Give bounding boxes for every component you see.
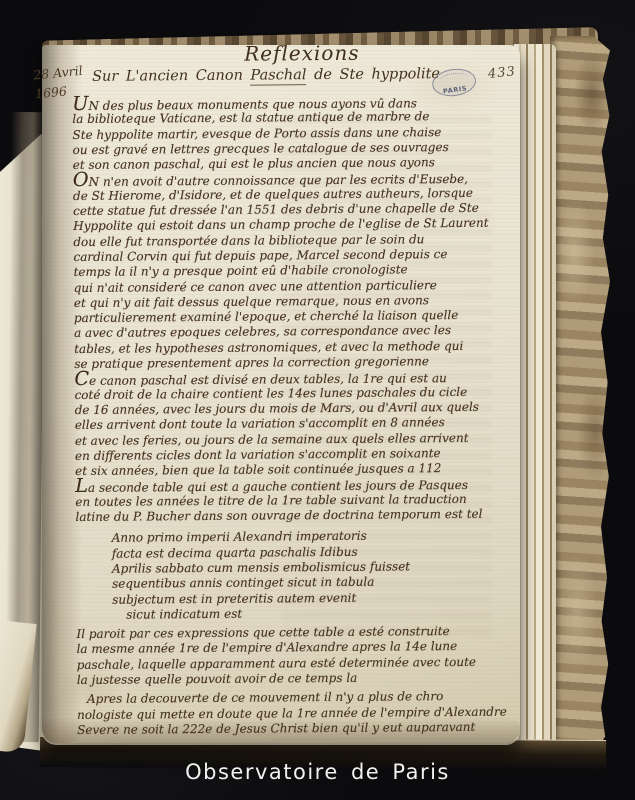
photo-caption: Observatoire de Paris (0, 760, 635, 784)
manuscript-line: latine du P. Bucher dans son ouvrage de … (75, 507, 515, 526)
manuscript-line: Severe ne soit la 222e de Jesus Christ b… (77, 719, 517, 738)
subtitle-pre: Sur L'ancien Canon (92, 68, 251, 85)
subtitle-post: de Ste hyppolite (306, 66, 440, 83)
page-title: Reflexions (40, 40, 518, 68)
page-content: Reflexions Sur L'ancien Canon Paschal de… (40, 44, 523, 746)
manuscript-line: sicut indicatum est (76, 604, 516, 623)
digitized-manuscript-photo: Reflexions Sur L'ancien Canon Paschal de… (0, 0, 635, 800)
page-subtitle: Sur L'ancien Canon Paschal de Ste hyppol… (92, 66, 440, 85)
book-cover-edge (550, 36, 610, 758)
manuscript-line: la justesse quelle pouvoit avoir de ce t… (77, 670, 517, 689)
folio-number: 433 (487, 64, 516, 82)
manuscript-page: Reflexions Sur L'ancien Canon Paschal de… (42, 45, 520, 743)
manuscript-text: UN des plus beaux monuments que nous ayo… (72, 94, 517, 739)
subtitle-underlined-word: Paschal (250, 67, 306, 85)
